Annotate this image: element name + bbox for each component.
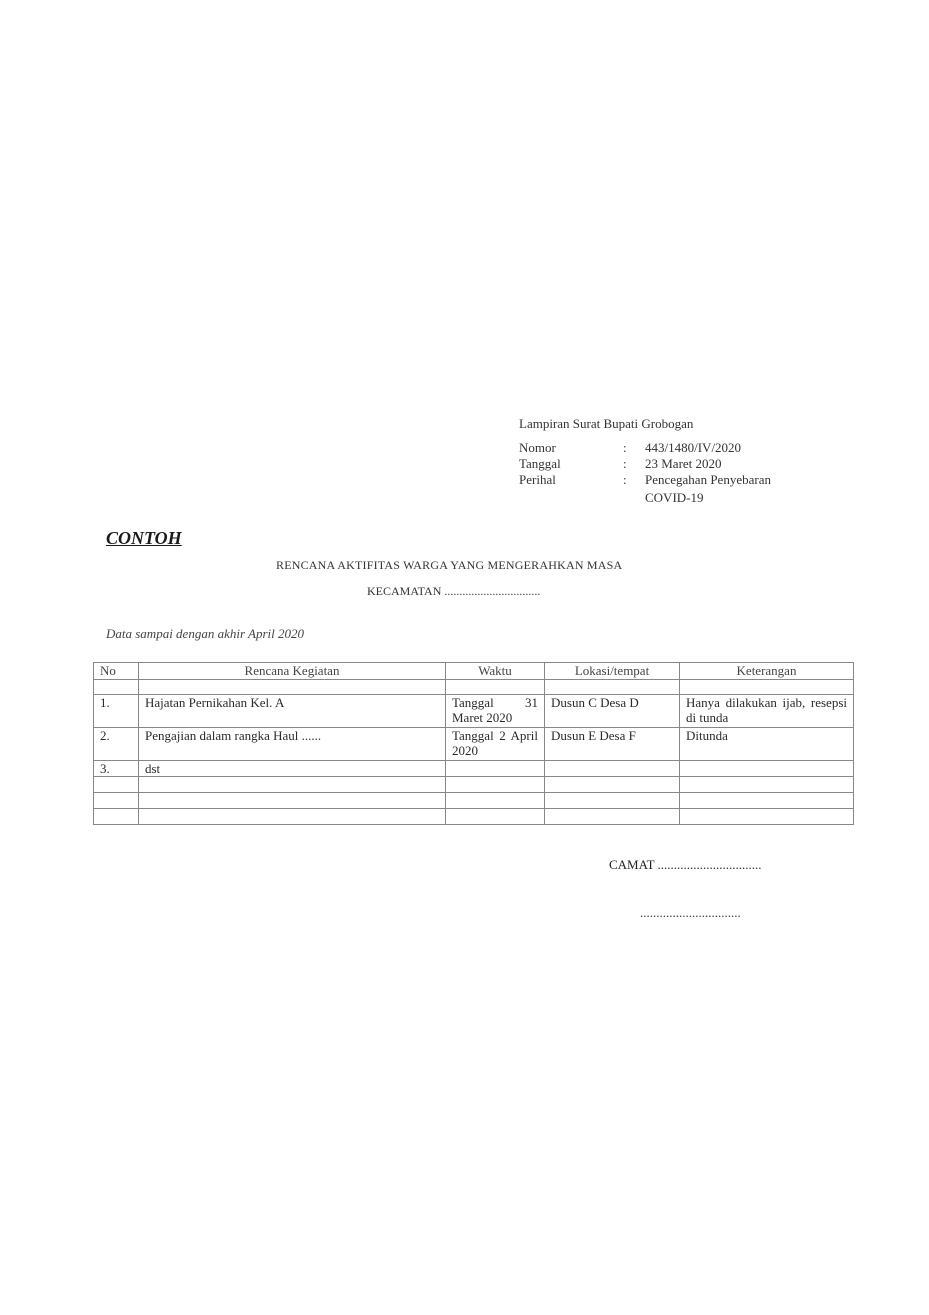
meta-perihal: Perihal : Pencegahan Penyebaran (519, 472, 771, 488)
meta-value: Pencegahan Penyebaran (645, 472, 771, 488)
cell-no: 1. (94, 695, 139, 728)
cell-lokasi (545, 761, 680, 777)
meta-separator: : (623, 456, 645, 472)
header-lokasi: Lokasi/tempat (545, 663, 680, 680)
cell-no: 2. (94, 728, 139, 761)
cell-keterangan: Hanya dilakukan ijab, resepsi di tunda (680, 695, 854, 728)
activity-table: No Rencana Kegiatan Waktu Lokasi/tempat … (93, 662, 854, 825)
cell-waktu (446, 761, 545, 777)
table-header-row: No Rencana Kegiatan Waktu Lokasi/tempat … (94, 663, 854, 680)
meta-label: Tanggal (519, 456, 623, 472)
header-keterangan: Keterangan (680, 663, 854, 680)
meta-value: 23 Maret 2020 (645, 456, 722, 472)
meta-label: Nomor (519, 440, 623, 456)
table-spacer-row (94, 680, 854, 695)
cell-no: 3. (94, 761, 139, 777)
cell-kegiatan: dst (139, 761, 446, 777)
attachment-heading: Lampiran Surat Bupati Grobogan (519, 416, 693, 432)
header-no: No (94, 663, 139, 680)
meta-label: Perihal (519, 472, 623, 488)
table-row: 3. dst (94, 761, 854, 777)
cell-waktu: Tanggal 31 Maret 2020 (446, 695, 545, 728)
kecamatan-line: KECAMATAN ..............................… (367, 584, 540, 599)
table-row: 2. Pengajian dalam rangka Haul ...... Ta… (94, 728, 854, 761)
header-kegiatan: Rencana Kegiatan (139, 663, 446, 680)
data-note: Data sampai dengan akhir April 2020 (106, 626, 304, 642)
cell-kegiatan: Pengajian dalam rangka Haul ...... (139, 728, 446, 761)
table-empty-row (94, 809, 854, 825)
meta-separator: : (623, 440, 645, 456)
example-label: CONTOH (106, 528, 182, 549)
cell-kegiatan: Hajatan Pernikahan Kel. A (139, 695, 446, 728)
signatory-name-line: ............................... (640, 905, 741, 921)
cell-waktu: Tanggal 2 April 2020 (446, 728, 545, 761)
cell-lokasi: Dusun C Desa D (545, 695, 680, 728)
meta-nomor: Nomor : 443/1480/IV/2020 (519, 440, 771, 456)
camat-signature-line: CAMAT ................................ (609, 857, 762, 873)
cell-lokasi: Dusun E Desa F (545, 728, 680, 761)
cell-keterangan (680, 761, 854, 777)
table-row: 1. Hajatan Pernikahan Kel. A Tanggal 31 … (94, 695, 854, 728)
table-empty-row (94, 777, 854, 793)
meta-separator: : (623, 472, 645, 488)
cell-keterangan: Ditunda (680, 728, 854, 761)
letter-meta: Nomor : 443/1480/IV/2020 Tanggal : 23 Ma… (519, 440, 771, 508)
meta-tanggal: Tanggal : 23 Maret 2020 (519, 456, 771, 472)
document-title: RENCANA AKTIFITAS WARGA YANG MENGERAHKAN… (276, 558, 622, 573)
header-waktu: Waktu (446, 663, 545, 680)
table-empty-row (94, 793, 854, 809)
meta-value: 443/1480/IV/2020 (645, 440, 741, 456)
meta-perihal-continued: COVID-19 (519, 488, 771, 508)
